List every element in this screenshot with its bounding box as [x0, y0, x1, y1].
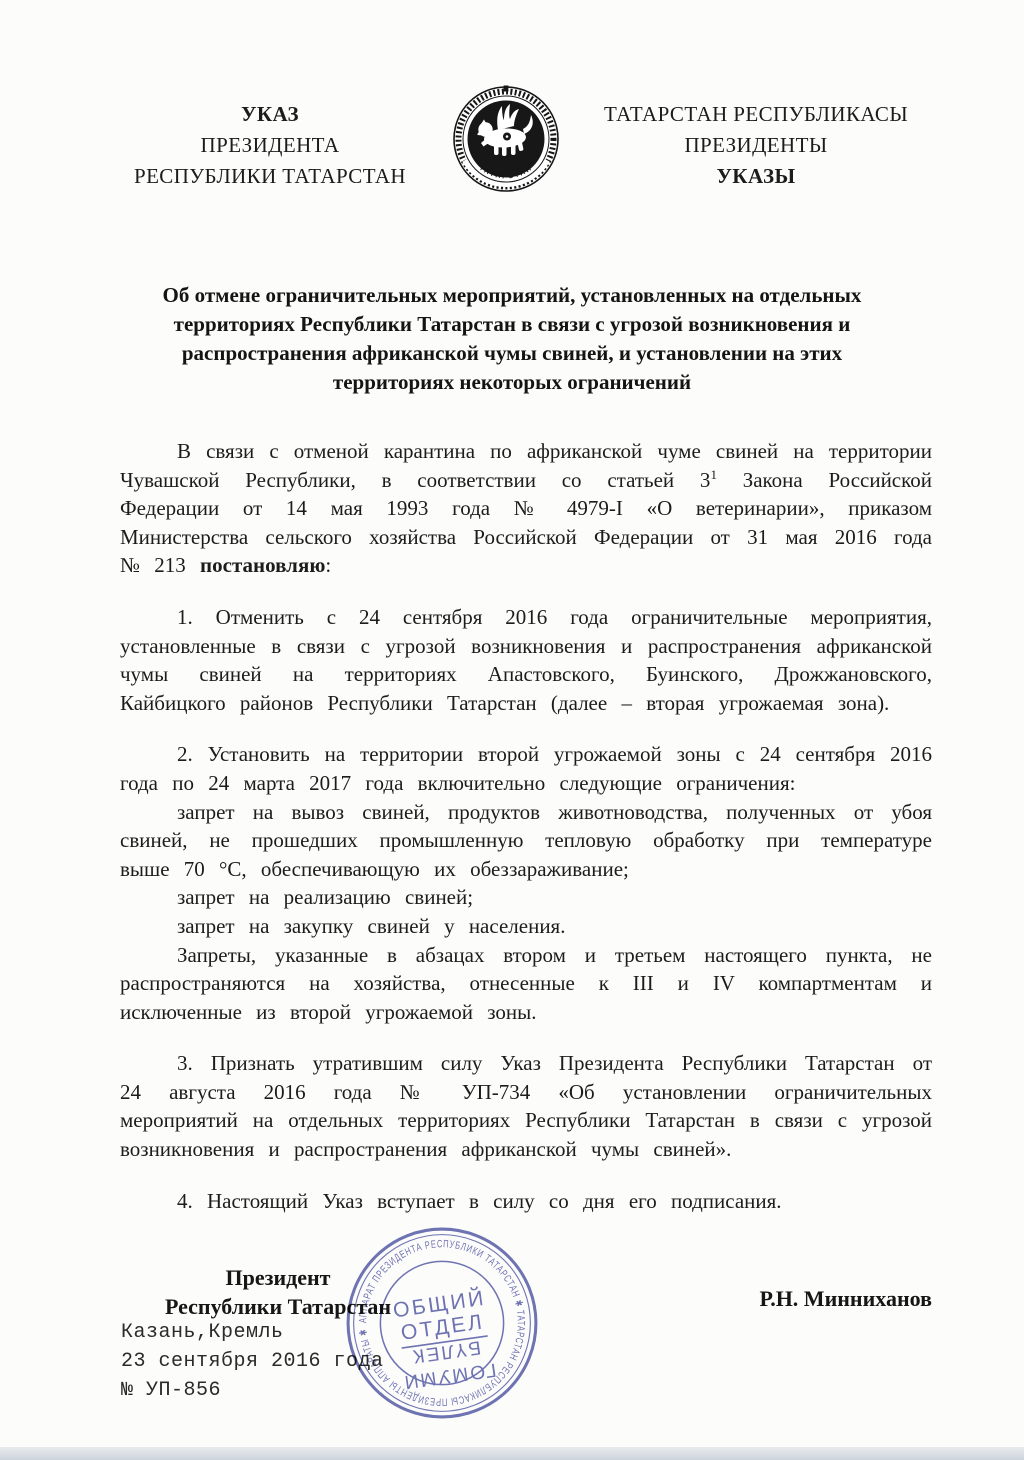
issuer-line-ru: ПРЕЗИДЕНТА	[95, 130, 445, 161]
decree-title: Об отмене ограничительных мероприятий, у…	[96, 281, 928, 397]
preamble-paragraph: В связи с отменой карантина по африканск…	[120, 437, 932, 580]
office-stamp-icon: АППАРАТ ПРЕЗИДЕНТА РЕСПУБЛИКИ ТАТАРСТАН …	[341, 1222, 543, 1424]
title-line: распространения африканской чумы свиней,…	[96, 339, 928, 368]
issuer-line-tt: ПРЕЗИДЕНТЫ	[586, 130, 926, 161]
item-2-intro: 2. Установить на территории второй угрож…	[120, 740, 932, 797]
item-1-paragraph: 1. Отменить с 24 сентября 2016 года огра…	[120, 603, 932, 717]
resolve-word: постановляю	[200, 553, 325, 577]
title-line: территориях некоторых ограничений	[96, 368, 928, 397]
scan-edge-strip	[0, 1447, 1024, 1460]
decree-body: В связи с отменой карантина по африканск…	[120, 437, 932, 1238]
item-2-sub-1: запрет на вывоз свиней, продуктов животн…	[120, 798, 932, 884]
title-line: территориях Республики Татарстан в связи…	[96, 310, 928, 339]
letterhead-tatar: ТАТАРСТАН РЕСПУБЛИКАСЫ ПРЕЗИДЕНТЫ УКАЗЫ	[586, 99, 926, 192]
item-2-sub-3: запрет на закупку свиней у населения.	[120, 912, 932, 941]
item-4-paragraph: 4. Настоящий Указ вступает в силу со дня…	[120, 1187, 932, 1216]
tatarstan-emblem-icon: ТАТАРСТАН	[451, 84, 561, 194]
document-page: УКАЗ ПРЕЗИДЕНТА РЕСПУБЛИКИ ТАТАРСТАН	[0, 0, 1024, 1460]
title-line: Об отмене ограничительных мероприятий, у…	[96, 281, 928, 310]
republic-line-ru: РЕСПУБЛИКИ ТАТАРСТАН	[95, 161, 445, 192]
republic-line-tt: ТАТАРСТАН РЕСПУБЛИКАСЫ	[586, 99, 926, 130]
signer-name: Р.Н. Минниханов	[660, 1286, 932, 1312]
decree-word-tt: УКАЗЫ	[586, 161, 926, 192]
item-3-paragraph: 3. Признать утратившим силу Указ Президе…	[120, 1049, 932, 1163]
item-2-sub-2: запрет на реализацию свиней;	[120, 883, 932, 912]
letterhead-russian: УКАЗ ПРЕЗИДЕНТА РЕСПУБЛИКИ ТАТАРСТАН	[95, 99, 445, 192]
decree-word-ru: УКАЗ	[95, 99, 445, 130]
preamble-colon: :	[325, 553, 331, 577]
item-2-note: Запреты, указанные в абзацах втором и тр…	[120, 941, 932, 1027]
